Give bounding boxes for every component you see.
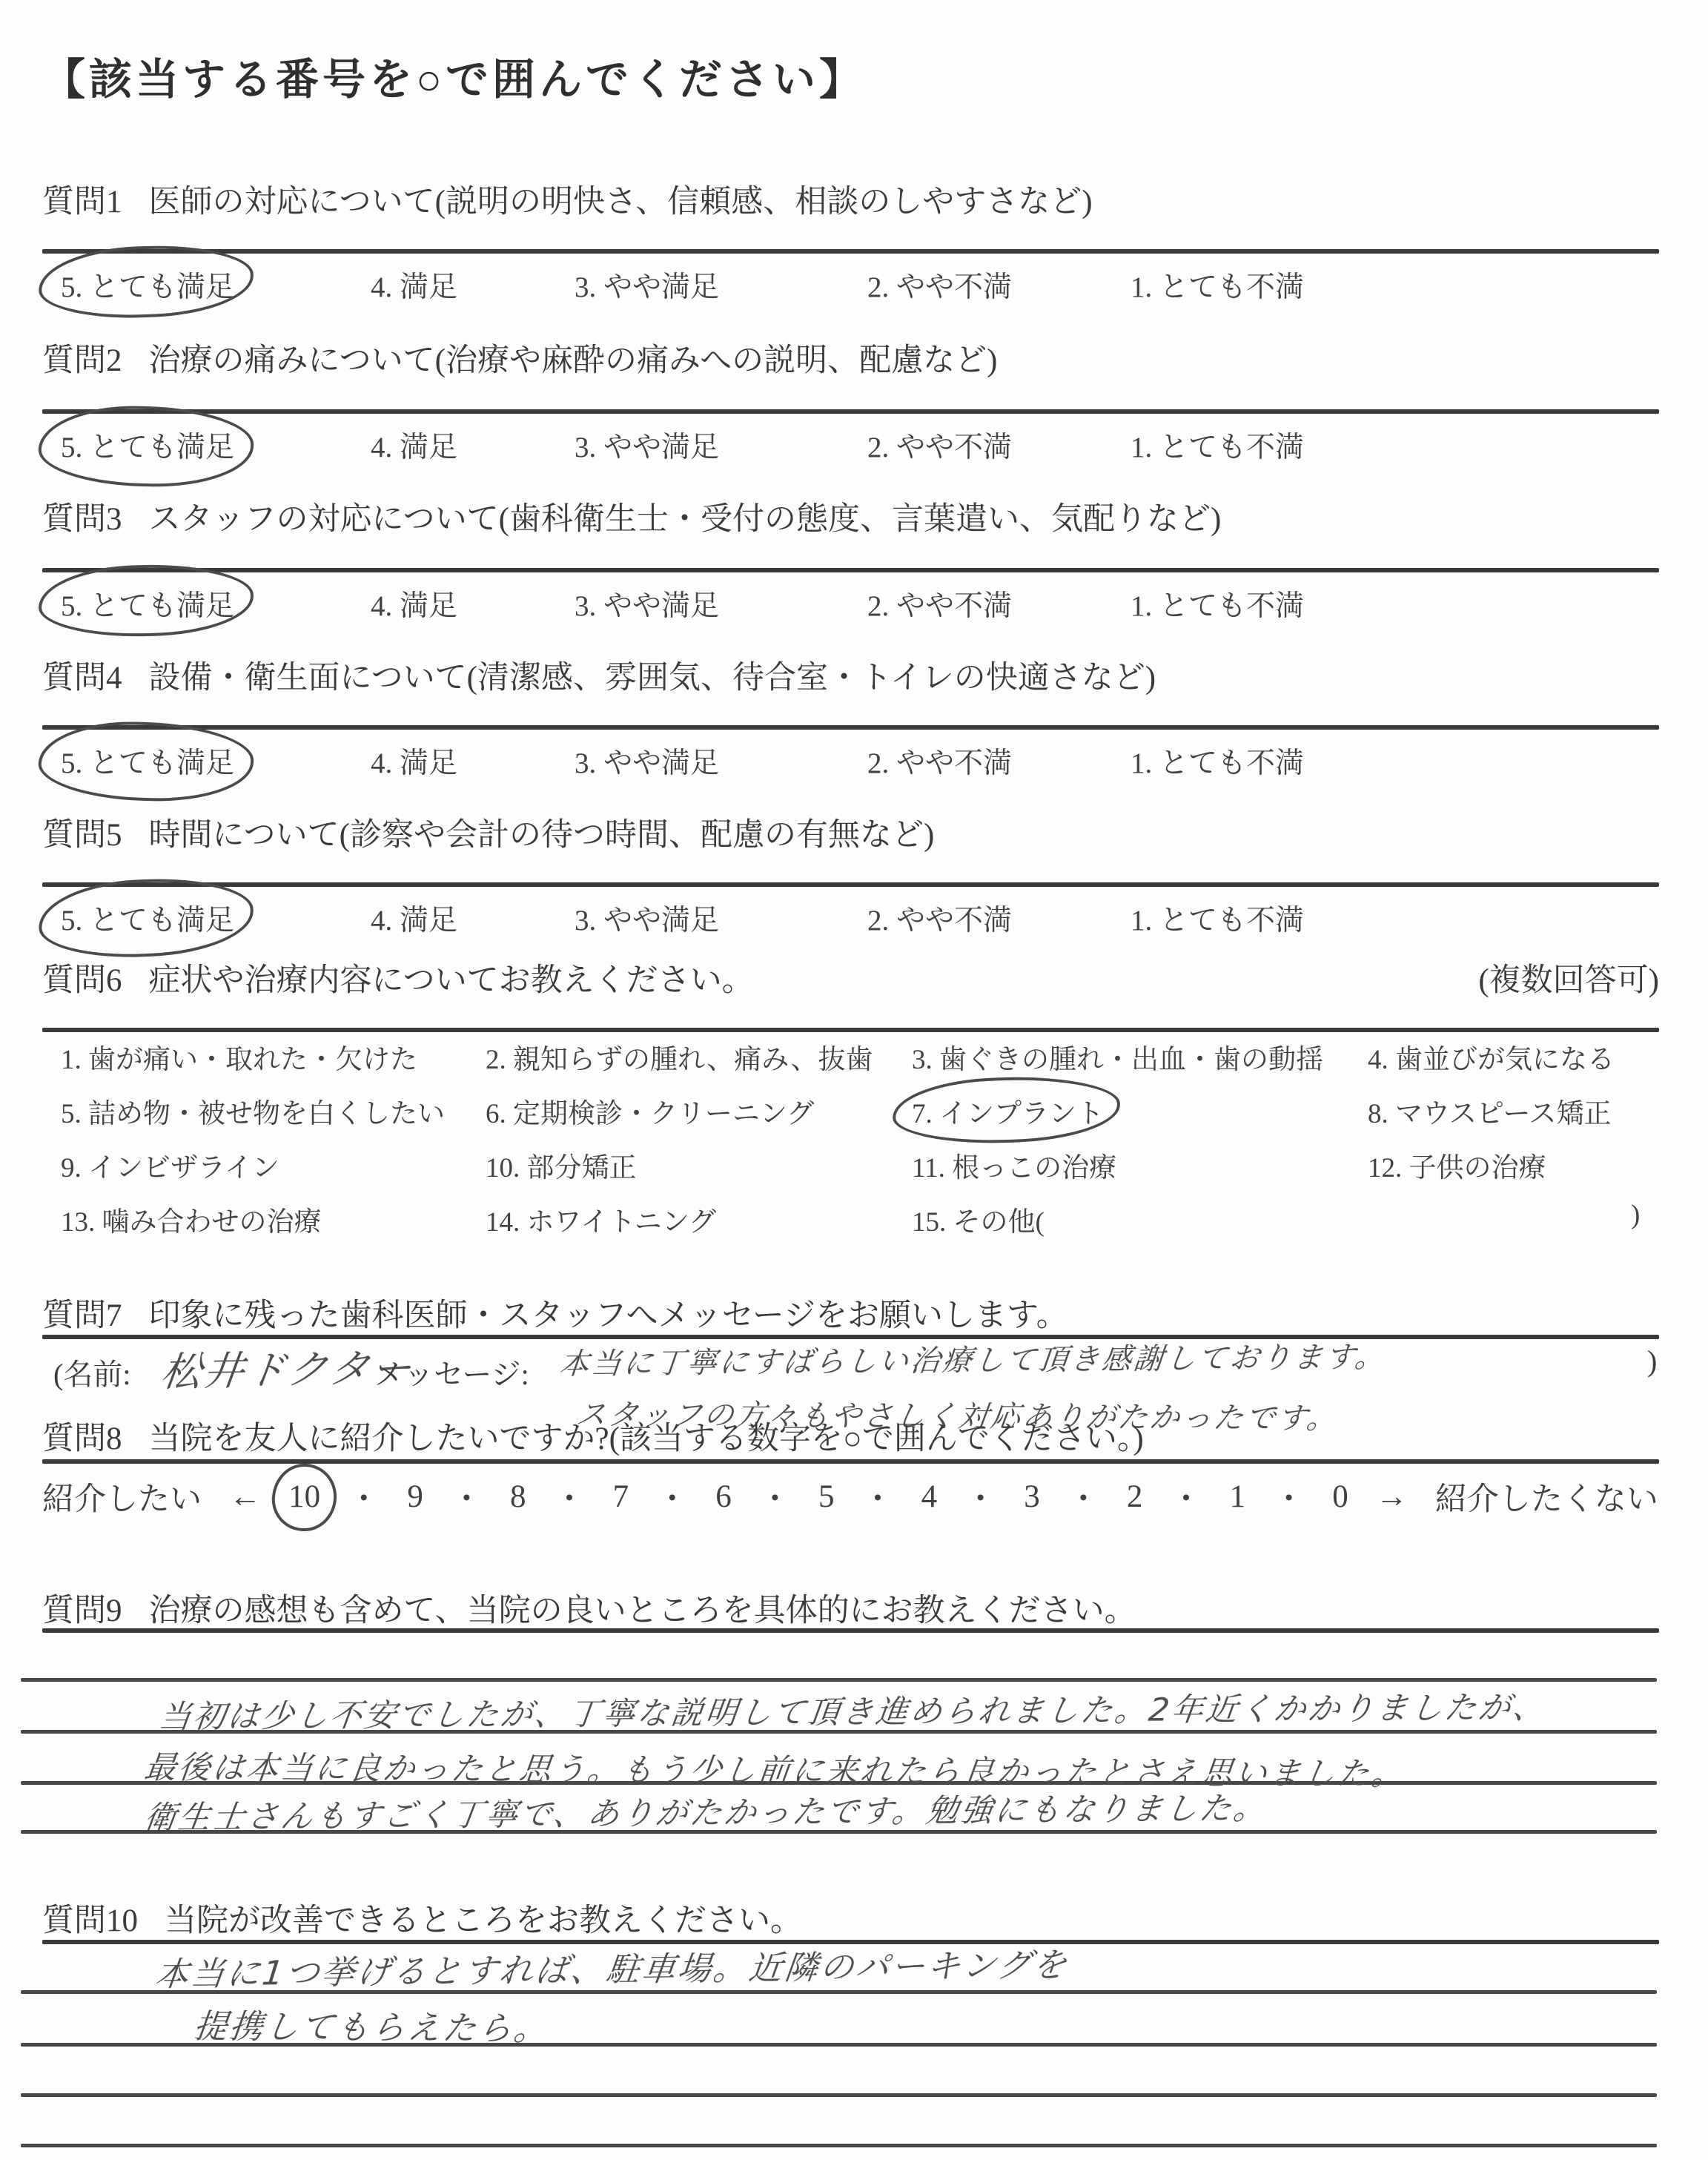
q2-option-5-selected: 5. とても満足 (61, 424, 234, 466)
q6-item-3: 3. 歯ぐきの腫れ・出血・歯の動揺 (912, 1037, 1323, 1077)
q1-option-1: 1. とても不満 (1131, 264, 1304, 305)
q3-option-3: 3. やや満足 (575, 583, 719, 624)
q5-option-1: 1. とても不満 (1131, 897, 1304, 939)
option-label: 5. とても満足 (61, 747, 234, 779)
q6-item-1: 1. 歯が痛い・取れた・欠けた (61, 1037, 417, 1077)
option-label: 5. とても満足 (61, 432, 234, 463)
q1-option-4: 4. 満足 (371, 264, 457, 305)
q8-number-1: 1 (1230, 1479, 1246, 1515)
q2-option-2: 2. やや不満 (867, 424, 1012, 466)
q5-option-3: 3. やや満足 (575, 897, 719, 939)
option-label: 5. とても満足 (61, 271, 234, 303)
question-5-label: 質問5 (42, 818, 122, 853)
divider-rule (42, 1628, 1659, 1633)
question-10-header: 質問10当院が改善できるところをお教えください。 (42, 1895, 802, 1941)
q3-option-1: 1. とても不満 (1131, 583, 1304, 624)
q6-item-4: 4. 歯並びが気になる (1368, 1037, 1615, 1077)
q1-option-5-selected: 5. とても満足 (61, 264, 234, 305)
dot-separator: ・ (656, 1474, 688, 1519)
dot-separator: ・ (554, 1474, 586, 1519)
dot-separator: ・ (1067, 1474, 1099, 1519)
q8-number-4: 4 (921, 1479, 938, 1515)
divider-rule (42, 409, 1659, 414)
question-7-header: 質問7印象に残った歯科医師・スタッフへメッセージをお願いします。 (42, 1290, 1068, 1335)
question-4-label: 質問4 (42, 661, 122, 696)
question-9-heading: 治療の感想も含めて、当院の良いところを具体的にお教えください。 (149, 1593, 1136, 1628)
q5-option-2: 2. やや不満 (867, 897, 1012, 939)
q8-number-7: 7 (613, 1479, 629, 1515)
q6-item-10: 10. 部分矯正 (486, 1145, 637, 1185)
q8-number-9: 9 (407, 1479, 423, 1515)
dot-separator: ・ (1170, 1474, 1202, 1519)
dot-separator: ・ (451, 1474, 483, 1519)
q6-item-5: 5. 詰め物・被せ物を白くしたい (61, 1091, 445, 1131)
q2-option-1: 1. とても不満 (1131, 424, 1304, 466)
page-title: 【該当する番号を○で囲んでください】 (42, 44, 866, 107)
answer-line-rule (21, 2144, 1657, 2147)
q1-option-3: 3. やや満足 (575, 264, 719, 305)
dot-separator: ・ (862, 1474, 894, 1519)
option-label: 5. とても満足 (61, 905, 234, 937)
q3-option-4: 4. 満足 (371, 583, 457, 624)
q8-left-label: 紹介したい (42, 1474, 202, 1519)
left-arrow-icon: ← (229, 1479, 261, 1515)
q3-option-5-selected: 5. とても満足 (61, 583, 234, 624)
divider-rule (42, 882, 1659, 887)
question-5-heading: 時間について(診察や会計の待つ時間、配慮の有無など) (149, 818, 935, 853)
q1-option-2: 2. やや不満 (867, 264, 1012, 305)
question-6-label: 質問6 (42, 963, 122, 998)
q6-item-14: 14. ホワイトニング (486, 1199, 716, 1239)
q9-handwritten-line-1: 当初は少し不安でしたが、丁寧な説明して頂き進められました。2年近くかかりましたが… (156, 1682, 1549, 1737)
q10-handwritten-line-1: 本当に1つ挙げるとすれば、駐車場。近隣のパーキングを (153, 1938, 1071, 1995)
question-9-header: 質問9治療の感想も含めて、当院の良いところを具体的にお教えください。 (42, 1585, 1136, 1631)
q2-option-3: 3. やや満足 (575, 424, 719, 466)
question-6-note: (複数回答可) (1478, 955, 1659, 1000)
q7-message-handwritten-line-1: 本当に丁寧にすばらしい治療して頂き感謝しております。 (557, 1333, 1388, 1383)
q8-number-10-selected: 10 (288, 1479, 320, 1515)
q6-item-7-selected: 7. インプラント (912, 1091, 1104, 1131)
question-1-label: 質問1 (42, 185, 122, 219)
q10-handwritten-line-2: 提携してもらえたら。 (191, 1999, 552, 2050)
dot-separator: ・ (964, 1474, 996, 1519)
q8-number-8: 8 (510, 1479, 526, 1515)
q4-option-5-selected: 5. とても満足 (61, 740, 234, 782)
option-label: 5. とても満足 (61, 590, 234, 622)
question-1-header: 質問1医師の対応について(説明の明快さ、信頼感、相談のしやすさなど) (42, 176, 1093, 222)
q6-item-12: 12. 子供の治療 (1368, 1145, 1546, 1185)
q7-close-paren: ) (1647, 1344, 1657, 1378)
question-2-heading: 治療の痛みについて(治療や麻酔の痛みへの説明、配慮など) (149, 343, 998, 378)
right-arrow-icon: → (1376, 1479, 1408, 1515)
divider-rule (42, 1459, 1659, 1464)
q8-right-label: 紹介したくない (1435, 1474, 1658, 1519)
answer-line-rule (21, 2093, 1657, 2097)
question-8-heading: 当院を友人に紹介したいですか?(該当する数字を○で囲んでください。) (149, 1421, 1144, 1456)
q6-item-9: 9. インビザライン (61, 1145, 279, 1185)
divider-rule (42, 249, 1659, 254)
q3-option-2: 2. やや不満 (867, 583, 1012, 624)
q6-item-15-close-paren: ) (1631, 1199, 1640, 1231)
question-5-header: 質問5時間について(診察や会計の待つ時間、配慮の有無など) (42, 810, 934, 855)
q5-option-5-selected: 5. とても満足 (61, 897, 234, 939)
q4-option-1: 1. とても不満 (1131, 740, 1304, 782)
question-3-heading: スタッフの対応について(歯科衛生士・受付の態度、言葉遣い、気配りなど) (149, 502, 1222, 537)
question-1-heading: 医師の対応について(説明の明快さ、信頼感、相談のしやすさなど) (149, 185, 1093, 219)
question-7-label: 質問7 (42, 1298, 122, 1333)
q8-number-10-label: 10 (288, 1479, 320, 1514)
answer-line-rule (21, 1678, 1657, 1682)
question-3-header: 質問3スタッフの対応について(歯科衛生士・受付の態度、言葉遣い、気配りなど) (42, 494, 1221, 539)
question-4-heading: 設備・衛生面について(清潔感、雰囲気、待合室・トイレの快適さなど) (149, 661, 1156, 696)
q7-message-field-label: メッセージ: (374, 1351, 529, 1393)
dot-separator: ・ (759, 1474, 791, 1519)
dot-separator: ・ (1273, 1474, 1305, 1519)
q6-item-11: 11. 根っこの治療 (912, 1145, 1116, 1185)
question-7-heading: 印象に残った歯科医師・スタッフへメッセージをお願いします。 (149, 1298, 1068, 1333)
question-3-label: 質問3 (42, 502, 122, 537)
question-10-heading: 当院が改善できるところをお教えください。 (165, 1903, 802, 1938)
q8-recommend-scale-row: 紹介したい ← 10 ・ 9 ・ 8 ・ 7 ・ 6 ・ 5 ・ 4 ・ 3 ・… (42, 1474, 1658, 1519)
question-10-label: 質問10 (42, 1903, 138, 1938)
q6-item-7-label: 7. インプラント (912, 1099, 1104, 1129)
q4-option-4: 4. 満足 (371, 740, 457, 782)
divider-rule (42, 725, 1659, 730)
q6-item-6: 6. 定期検診・クリーニング (486, 1091, 814, 1131)
q7-name-field-label: (名前: (53, 1351, 130, 1393)
q6-item-13: 13. 噛み合わせの治療 (61, 1199, 322, 1239)
divider-rule (42, 1028, 1659, 1032)
q5-option-4: 4. 満足 (371, 897, 457, 939)
q8-number-3: 3 (1024, 1479, 1040, 1515)
q6-item-15: 15. その他( (912, 1199, 1045, 1239)
question-9-label: 質問9 (42, 1593, 122, 1628)
question-2-header: 質問2治療の痛みについて(治療や麻酔の痛みへの説明、配慮など) (42, 335, 997, 380)
question-6-heading: 症状や治療内容についてお教えください。 (149, 963, 754, 998)
q2-option-4: 4. 満足 (371, 424, 457, 466)
divider-rule (42, 568, 1659, 572)
q4-option-2: 2. やや不満 (867, 740, 1012, 782)
q8-number-2: 2 (1127, 1479, 1143, 1515)
question-4-header: 質問4設備・衛生面について(清潔感、雰囲気、待合室・トイレの快適さなど) (42, 653, 1156, 698)
q8-number-6: 6 (715, 1479, 732, 1515)
question-2-label: 質問2 (42, 343, 122, 378)
q6-item-2: 2. 親知らずの腫れ、痛み、抜歯 (486, 1037, 873, 1077)
q8-number-0: 0 (1332, 1479, 1348, 1515)
question-8-label: 質問8 (42, 1421, 122, 1456)
q6-item-8: 8. マウスピース矯正 (1368, 1091, 1612, 1131)
dot-separator: ・ (348, 1474, 380, 1519)
question-6-header: 質問6症状や治療内容についてお教えください。 (42, 955, 754, 1000)
q8-number-5: 5 (818, 1479, 835, 1515)
question-8-header: 質問8当院を友人に紹介したいですか?(該当する数字を○で囲んでください。) (42, 1413, 1144, 1459)
q4-option-3: 3. やや満足 (575, 740, 719, 782)
scanned-survey-form: 【該当する番号を○で囲んでください】 質問1医師の対応について(説明の明快さ、信… (0, 0, 1708, 2160)
